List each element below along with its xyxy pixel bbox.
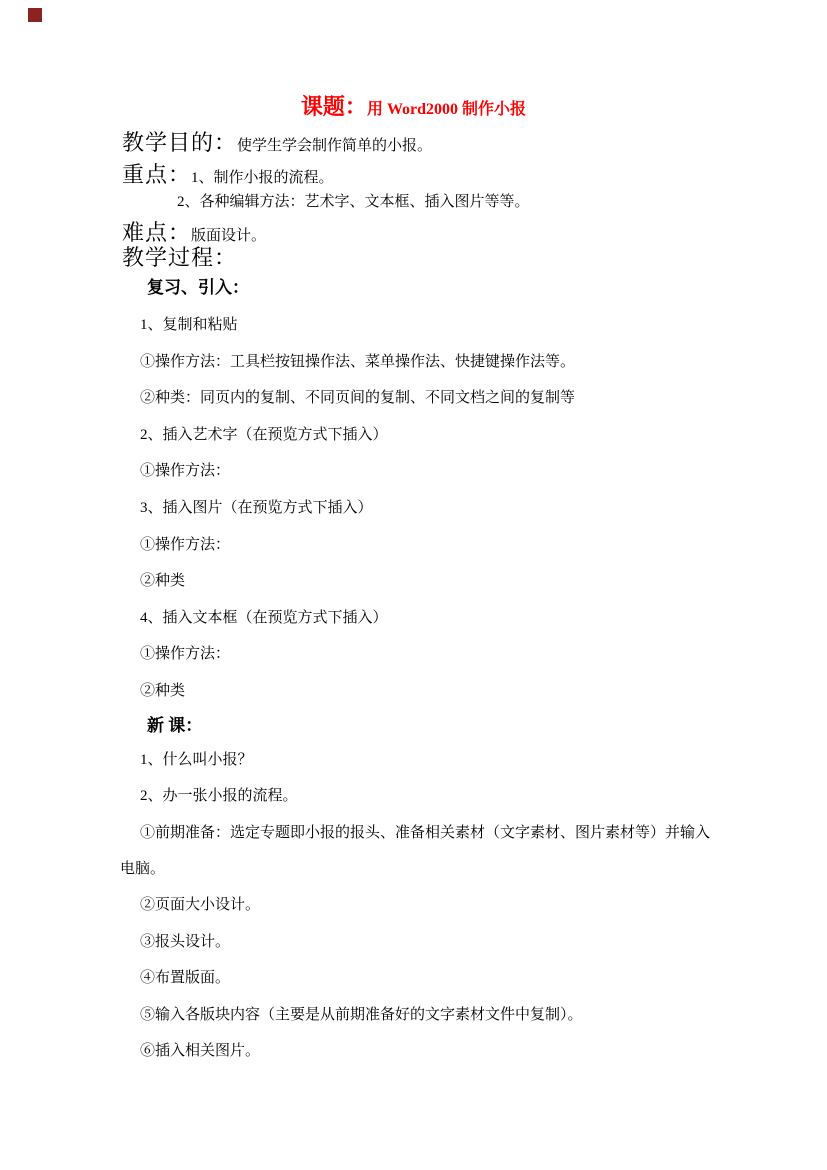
body-line: ⑤输入各版块内容（主要是从前期准备好的文字素材文件中复制）。 (140, 1003, 583, 1024)
body-line: ①操作方法： (140, 533, 230, 554)
key-point-line-2: 2、各种编辑方法：艺术字、文本框、插入图片等等。 (177, 190, 530, 211)
body-line: ①操作方法： (140, 642, 230, 663)
body-line: ②种类 (140, 569, 185, 590)
section-heading-new-lesson: 新 课： (147, 711, 202, 736)
heading-key-points: 重点：1、制作小报的流程。 (122, 158, 334, 189)
doc-title-label: 课题： (301, 94, 367, 119)
document-page: 课题：用 Word2000 制作小报 教学目的：使学生学会制作简单的小报。 重点… (0, 0, 827, 1170)
body-line: ②页面大小设计。 (140, 893, 260, 914)
body-line: 4、插入文本框（在预览方式下插入） (140, 606, 388, 627)
body-line: 1、复制和粘贴 (140, 313, 238, 334)
body-line: ②种类：同页内的复制、不同页间的复制、不同文档之间的复制等 (140, 386, 575, 407)
body-line-continuation: 电脑。 (120, 857, 165, 878)
body-line: ⑥插入相关图片。 (140, 1039, 260, 1060)
heading-teaching-goal: 教学目的：使学生学会制作简单的小报。 (122, 126, 432, 157)
body-line: 2、插入艺术字（在预览方式下插入） (140, 423, 388, 444)
corner-square-decoration (28, 8, 42, 22)
heading-text: 使学生学会制作简单的小报。 (237, 138, 432, 154)
body-line: ④布置版面。 (140, 966, 230, 987)
body-line: ①操作方法： (140, 459, 230, 480)
heading-text: 1、制作小报的流程。 (191, 170, 334, 186)
heading-label: 教学目的： (122, 130, 237, 155)
body-line: 2、办一张小报的流程。 (140, 784, 298, 805)
section-heading-review: 复习、引入： (147, 273, 249, 298)
body-line: ③报头设计。 (140, 930, 230, 951)
heading-label: 重点： (122, 162, 191, 187)
heading-label: 教学过程： (122, 245, 237, 270)
body-line: ①前期准备：选定专题即小报的报头、准备相关素材（文字素材、图片素材等）并输入 (140, 821, 710, 842)
doc-title-text: 用 Word2000 制作小报 (367, 101, 526, 118)
body-line: ①操作方法：工具栏按钮操作法、菜单操作法、快捷键操作法等。 (140, 350, 575, 371)
body-line: ②种类 (140, 679, 185, 700)
heading-teaching-process: 教学过程： (122, 241, 237, 272)
doc-title: 课题：用 Word2000 制作小报 (0, 90, 827, 121)
body-line: 1、什么叫小报？ (140, 748, 253, 769)
body-line: 3、插入图片（在预览方式下插入） (140, 496, 373, 517)
